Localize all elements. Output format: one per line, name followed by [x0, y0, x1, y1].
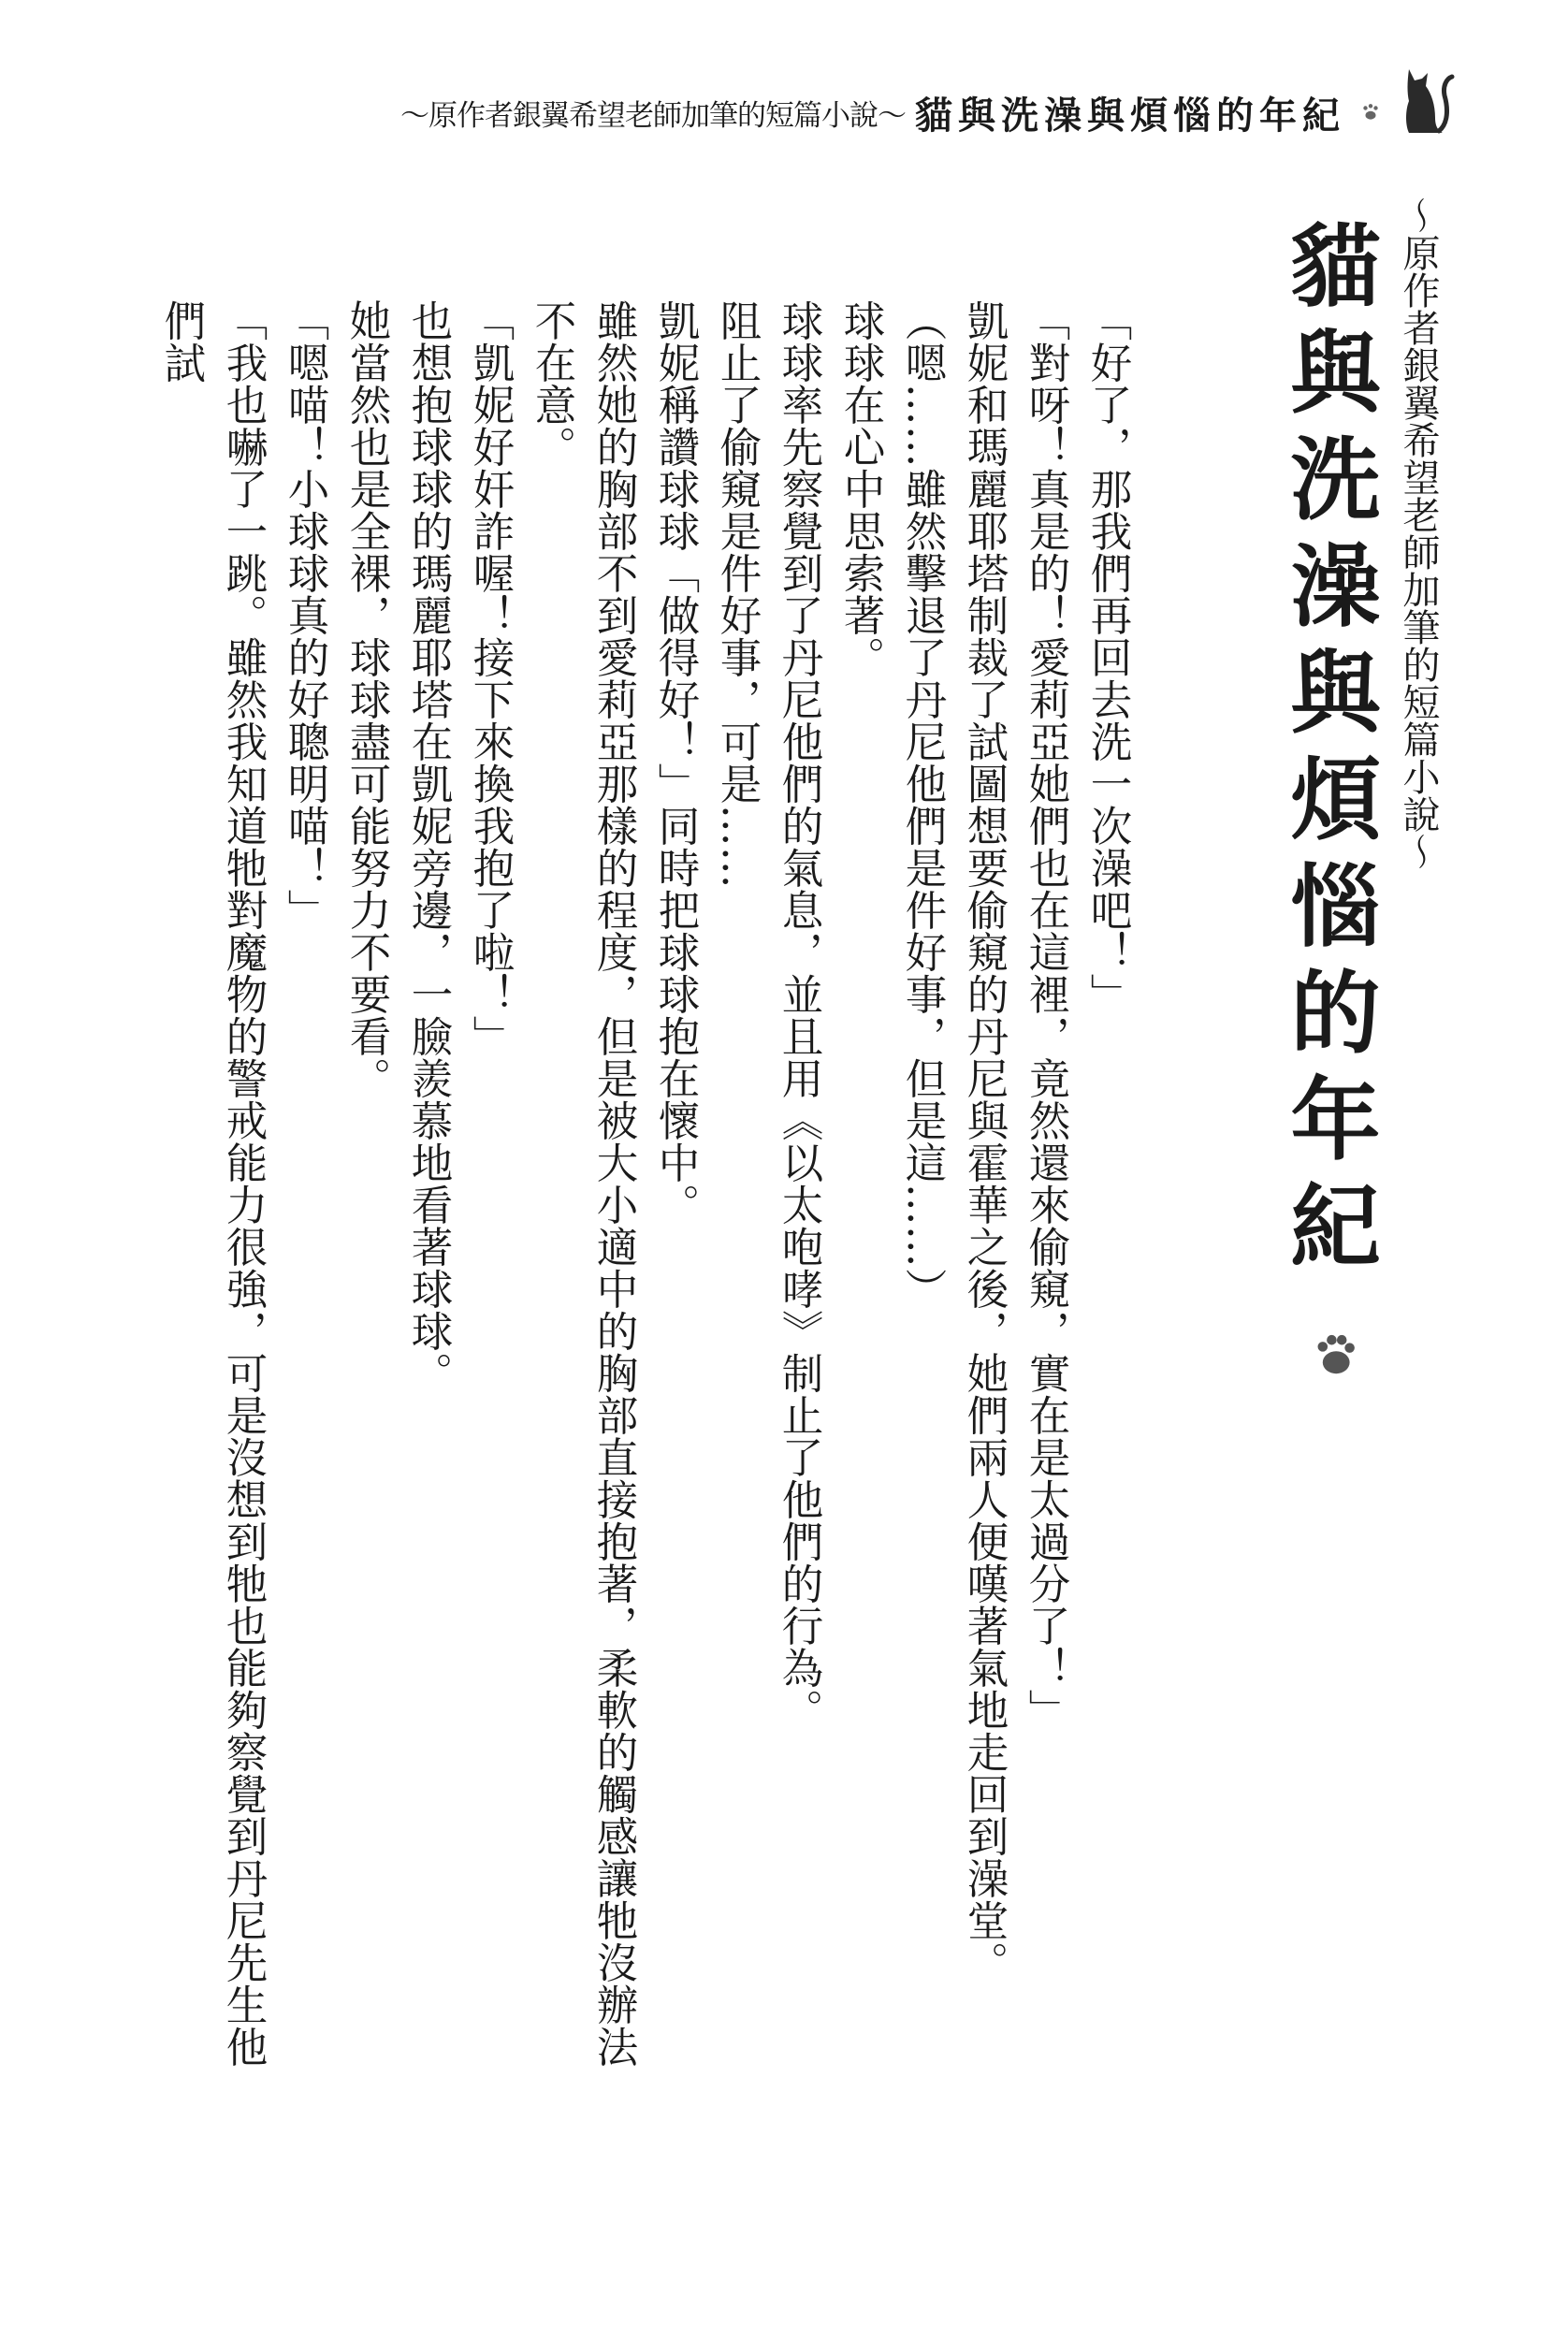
- paragraph: 「凱妮好奸詐喔！接下來換我抱了啦！」: [458, 299, 520, 2077]
- paragraph: 她當然也是全裸，球球盡可能努力不要看。: [335, 299, 397, 2077]
- paragraph: 凱妮稱讚球球「做得好！」同時把球球抱在懷中。: [644, 299, 705, 2077]
- paragraph: 雖然她的胸部不到愛莉亞那樣的程度，但是被大小適中的胸部直接抱著，柔軟的觸感讓牠沒…: [520, 299, 644, 2077]
- paragraph: 阻止了偷窺是件好事，可是……: [705, 299, 767, 2077]
- cat-silhouette-icon: [1401, 62, 1458, 138]
- paragraph: 「我也嚇了一跳。雖然我知道牠對魔物的警戒能力很強，可是沒想到牠也能夠察覺到丹尼先…: [150, 299, 273, 2077]
- running-head: ～原作者銀翼希望老師加筆的短篇小說～ 貓與洗澡與煩惱的年紀: [400, 86, 1381, 139]
- running-head-subtitle: ～原作者銀翼希望老師加筆的短篇小說～: [400, 92, 906, 134]
- running-head-title: 貓與洗澡與煩惱的年紀: [915, 86, 1345, 139]
- paragraph: 球球在心中思索著。: [829, 299, 891, 2077]
- paw-print-icon: [1360, 103, 1381, 123]
- paragraph: （嗯……雖然擊退了丹尼他們是件好事，但是這……）: [891, 299, 952, 2077]
- paw-print-icon: [1313, 1333, 1357, 1378]
- paragraph: 「好了，那我們再回去洗一次澡吧！」: [1076, 299, 1138, 2077]
- chapter-subtitle: ～原作者銀翼希望老師加筆的短篇小說～: [1400, 196, 1437, 1413]
- chapter-title: 貓與洗澡與煩惱的年紀: [1284, 219, 1373, 1413]
- paragraph: 也想抱球球的瑪麗耶塔在凱妮旁邊，一臉羨慕地看著球球。: [397, 299, 458, 2077]
- story-body: 「好了，那我們再回去洗一次澡吧！」 「對呀！真是的！愛莉亞她們也在這裡，竟然還來…: [150, 299, 1138, 2077]
- chapter-title-block: ～原作者銀翼希望老師加筆的短篇小說～ 貓與洗澡與煩惱的年紀: [1284, 196, 1437, 1413]
- paragraph: 「嗯喵！小球球真的好聰明喵！」: [273, 299, 335, 2077]
- paragraph: 「對呀！真是的！愛莉亞她們也在這裡，竟然還來偷窺，實在是太過分了！」: [1014, 299, 1076, 2077]
- paragraph: 球球率先察覺到了丹尼他們的氣息，並且用《以太咆哮》制止了他們的行為。: [767, 299, 829, 2077]
- paragraph: 凱妮和瑪麗耶塔制裁了試圖想要偷窺的丹尼與霍華之後，她們兩人便嘆著氣地走回到澡堂。: [952, 299, 1014, 2077]
